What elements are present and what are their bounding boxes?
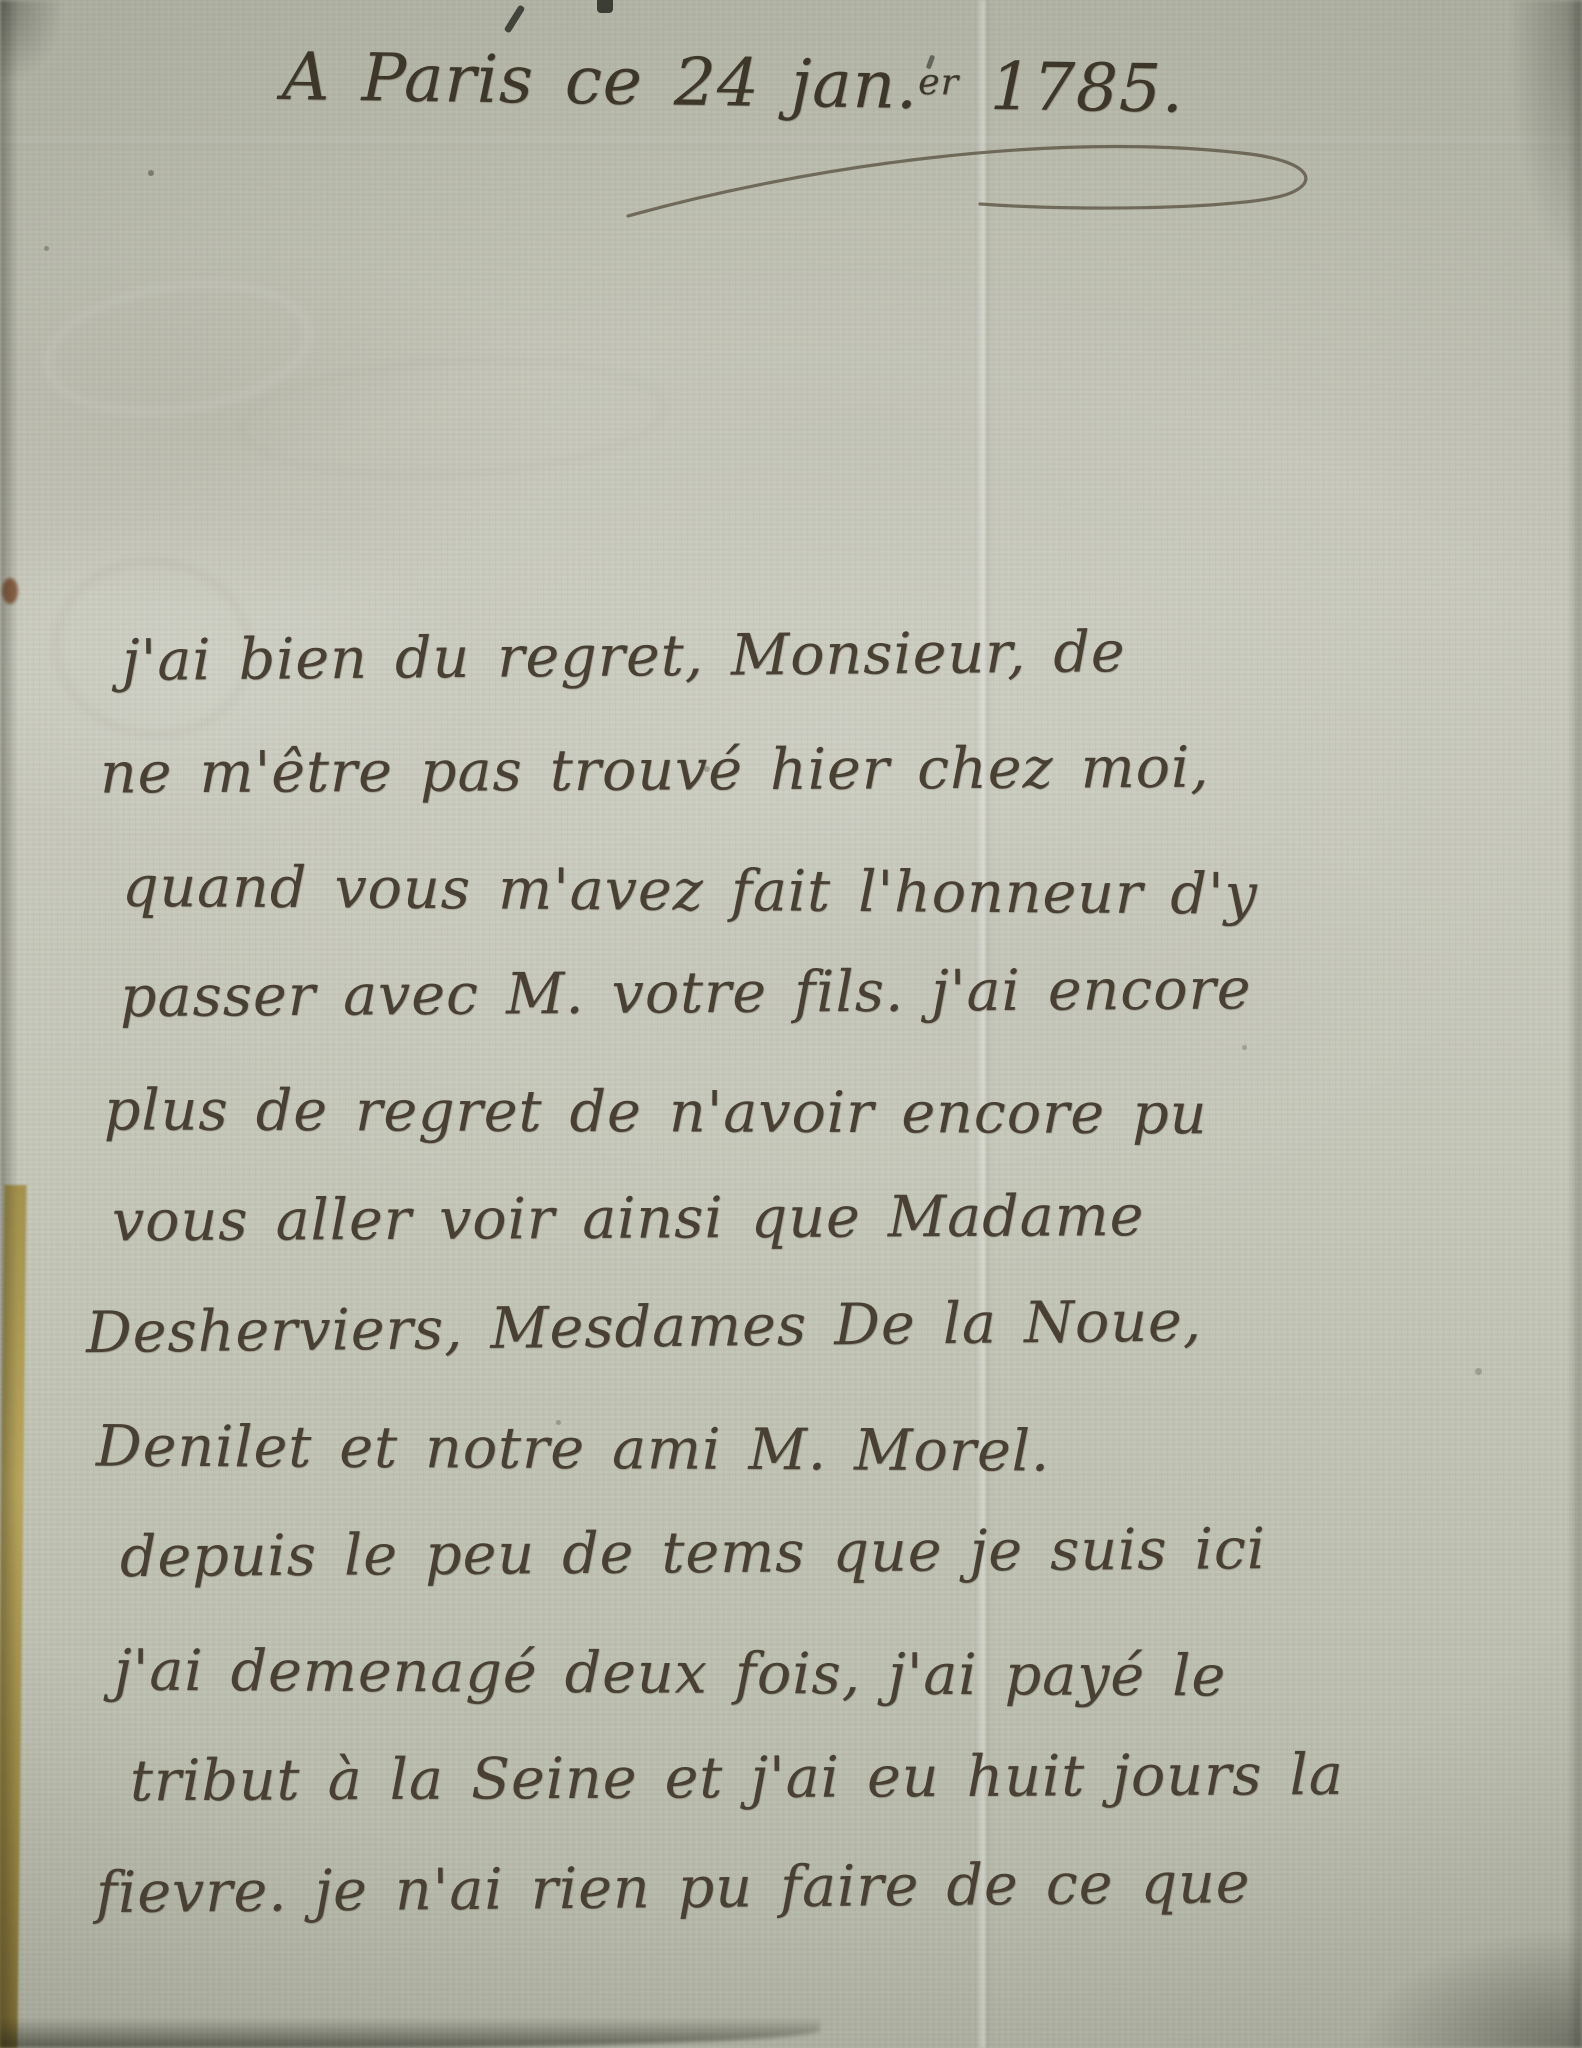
letter-line-12: fievre. je n'ai rien pu faire de ce que	[0, 1824, 1582, 1950]
letter-line-11: tribut à la Seine et j'ai eu huit jours …	[0, 1718, 1582, 1838]
dateline-text: A Paris ce 24 jan.	[281, 38, 918, 124]
top-left-corner-shadow	[0, 0, 60, 80]
paper-speckle	[556, 1420, 561, 1425]
bottom-right-corner-shadow	[1362, 1928, 1582, 2048]
letter-line-7: Desherviers, Mesdames De la Noue,	[0, 1261, 1582, 1390]
paper-speckle	[44, 246, 49, 251]
letter-line-9: depuis le peu de tems que je suis ici	[0, 1491, 1582, 1614]
photo-right-edge-shadow	[1568, 0, 1582, 2048]
letter-line-6: vous aller voir ainsi que Madame	[0, 1158, 1582, 1278]
top-right-corner-shadow	[1512, 0, 1582, 260]
letter-line-10: j'ai demenagé deux fois, j'ai payé le	[0, 1614, 1582, 1734]
letter-line-5: plus de regret de n'avoir encore pu	[0, 1054, 1582, 1172]
letter-dateline: A Paris ce 24 jan.er 1785.	[281, 38, 1184, 128]
paper-speckle	[1242, 1045, 1247, 1050]
paper-speckle	[148, 170, 154, 176]
dateline-year: 1785.	[958, 47, 1184, 127]
letter-body: j'ai bien du regret, Monsieur, de ne m'ê…	[0, 606, 1582, 1950]
paper-speckle	[1475, 1368, 1482, 1375]
photo-left-edge-shadow	[0, 0, 18, 2048]
paper-speckle	[704, 766, 710, 772]
letter-line-1: j'ai bien du regret, Monsieur, de	[0, 592, 1582, 718]
letter-line-2: ne m'être pas trouvé hier chez moi,	[0, 710, 1582, 830]
manuscript-letter-photo: A Paris ce 24 jan.er 1785. j'ai bien du …	[0, 0, 1582, 2048]
letter-line-4: passer avec M. votre fils. j'ai encore	[0, 931, 1582, 1054]
ink-mark	[597, 0, 613, 13]
flourish-underline	[620, 120, 1340, 240]
dateline-superscript: er	[918, 60, 959, 104]
